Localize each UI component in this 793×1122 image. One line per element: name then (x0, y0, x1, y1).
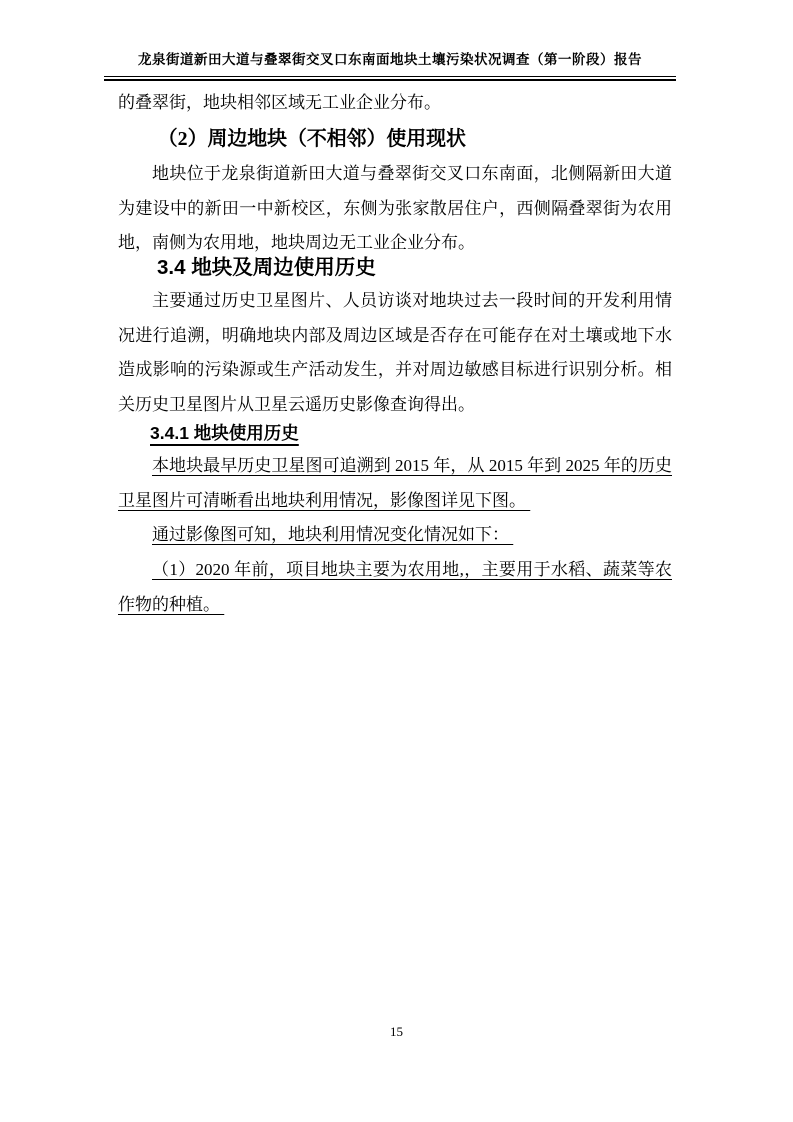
page-number: 15 (390, 1024, 403, 1039)
heading-section-3-4-1: 3.4.1 地块使用历史 (150, 416, 672, 451)
paragraph-satellite-history: 本地块最早历史卫星图可追溯到 2015 年，从 2015 年到 2025 年的历… (118, 449, 672, 518)
header-rule (104, 76, 676, 81)
page-header: 龙泉街道新田大道与叠翠街交叉口东南面地块土壤污染状况调查（第一阶段）报告 (104, 48, 676, 81)
report-page: 龙泉街道新田大道与叠翠街交叉口东南面地块土壤污染状况调查（第一阶段）报告 的叠翠… (0, 0, 793, 1122)
heading-section-3-4: 3.4 地块及周边使用历史 (157, 252, 672, 284)
paragraph-history-method: 主要通过历史卫星图片、人员访谈对地块过去一段时间的开发利用情况进行追溯，明确地块… (118, 284, 672, 423)
page-footer: 15 (0, 1024, 793, 1040)
running-head-title: 龙泉街道新田大道与叠翠街交叉口东南面地块土壤污染状况调查（第一阶段）报告 (104, 48, 676, 72)
paragraph-imagery-intro: 通过影像图可知，地块利用情况变化情况如下： (118, 518, 672, 553)
paragraph-surrounding-status: 地块位于龙泉街道新田大道与叠翠街交叉口东南面，北侧隔新田大道为建设中的新田一中新… (118, 157, 672, 261)
paragraph-land-use-before-2020: （1）2020 年前，项目地块主要为农用地,，主要用于水稻、蔬菜等农作物的种植。 (118, 553, 672, 622)
paragraph-continuation: 的叠翠街，地块相邻区域无工业企业分布。 (118, 86, 672, 121)
heading-surrounding-parcels: （2）周边地块（不相邻）使用现状 (118, 122, 672, 157)
